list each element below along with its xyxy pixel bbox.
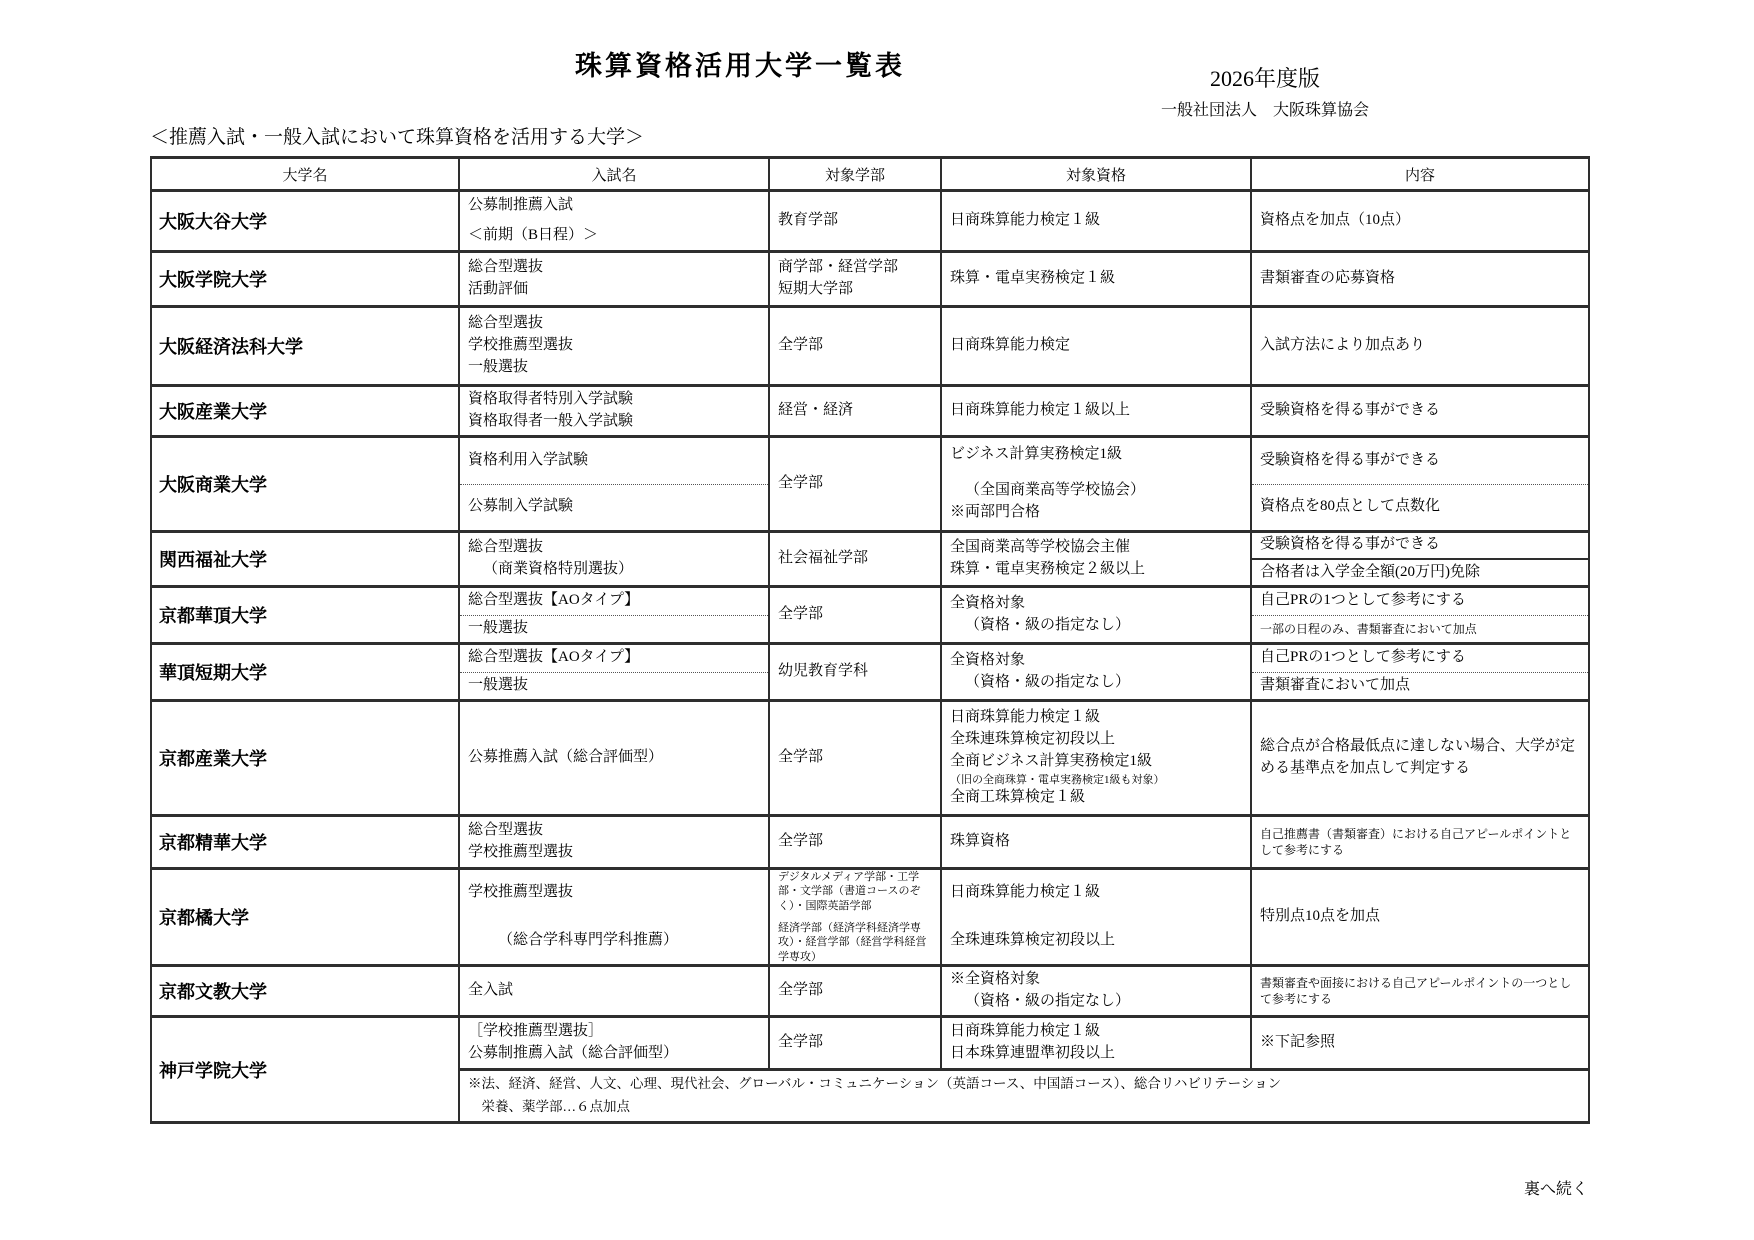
text-line: 受験資格を得る事ができる xyxy=(1260,400,1580,422)
exam-name-cell: 資格利用入学試験公募制入学試験 xyxy=(459,437,769,532)
qualification-cell: ビジネス計算実務検定1級（全国商業高等学校協会）※両部門合格 xyxy=(941,437,1251,532)
text-line: 全資格対象 xyxy=(950,650,1242,672)
content-cell: 特別点10点を加点 xyxy=(1251,869,1589,966)
cell-segment: 全入試 xyxy=(460,967,768,1015)
content-cell: 総合点が合格最低点に達しない場合、大学が定める基準点を加点して判定する xyxy=(1251,701,1589,816)
text-line: 公募制推薦入試 xyxy=(468,195,760,217)
university-table-wrap: 大学名 入試名 対象学部 対象資格 内容 大阪大谷大学公募制推薦入試＜前期（B日… xyxy=(150,156,1590,1124)
table-row: 関西福祉大学総合型選抜（商業資格特別選抜）社会福祉学部全国商業高等学校協会主催珠… xyxy=(151,532,1589,587)
faculty-cell: 全学部 xyxy=(769,1017,941,1070)
qualification-cell: ※全資格対象（資格・級の指定なし） xyxy=(941,966,1251,1017)
cell-segment: 総合型選抜学校推薦型選抜 xyxy=(460,817,768,867)
cell-segment: 公募制推薦入試＜前期（B日程）＞ xyxy=(460,192,768,250)
text-line: 学校推薦型選抜 xyxy=(468,335,760,357)
text-line: ※法、経済、経営、人文、心理、現代社会、グローバル・コミュニケーション（英語コー… xyxy=(468,1073,1580,1096)
section-subtitle: ＜推薦入試・一般入試において珠算資格を活用する大学＞ xyxy=(150,122,644,149)
table-row: 京都産業大学公募推薦入試（総合評価型）全学部日商珠算能力検定１級全珠連珠算検定初… xyxy=(151,701,1589,816)
qualification-cell: 日商珠算能力検定１級全珠連珠算検定初段以上全商ビジネス計算実務検定1級（旧の全商… xyxy=(941,701,1251,816)
text-line: 受験資格を得る事ができる xyxy=(1260,450,1580,472)
cell-segment: 社会福祉学部 xyxy=(770,533,940,585)
col-header-faculty: 対象学部 xyxy=(769,158,941,191)
text-line: （旧の全商珠算・電卓実務検定1級も対象） xyxy=(950,773,1242,787)
content-cell: 自己PRの1つとして参考にする書類審査において加点 xyxy=(1251,644,1589,701)
table-header-row: 大学名 入試名 対象学部 対象資格 内容 xyxy=(151,158,1589,191)
text-line: 珠算・電卓実務検定１級 xyxy=(950,268,1242,290)
qualification-cell: 全国商業高等学校協会主催珠算・電卓実務検定２級以上 xyxy=(941,532,1251,587)
cell-segment: 全学部 xyxy=(770,308,940,384)
text-line: （資格・級の指定なし） xyxy=(950,672,1242,694)
cell-segment: 全学部 xyxy=(770,817,940,867)
table-row: 神戸学院大学［学校推薦型選抜］公募制推薦入試（総合評価型）全学部日商珠算能力検定… xyxy=(151,1017,1589,1070)
text-line: 総合型選抜 xyxy=(468,313,760,335)
text-line: 活動評価 xyxy=(468,279,760,301)
exam-name-cell: 総合型選抜学校推薦型選抜一般選抜 xyxy=(459,307,769,386)
cell-segment: 書類審査において加点 xyxy=(1252,672,1588,700)
cell-segment: 全学部 xyxy=(770,702,940,814)
text-line: 教育学部 xyxy=(778,210,932,232)
cell-segment: 自己PRの1つとして参考にする xyxy=(1252,588,1588,615)
university-name: 大阪商業大学 xyxy=(151,437,459,532)
text-line: ※全資格対象 xyxy=(950,969,1242,991)
faculty-cell: 全学部 xyxy=(769,816,941,869)
exam-name-cell: 総合型選抜活動評価 xyxy=(459,252,769,307)
cell-segment: 日商珠算能力検定 xyxy=(942,308,1250,384)
continuation-note: 裏へ続く xyxy=(1380,1176,1588,1199)
cell-segment: 日商珠算能力検定１級日本珠算連盟準初段以上 xyxy=(942,1018,1250,1068)
qualification-cell: 日商珠算能力検定１級 xyxy=(941,191,1251,252)
university-name: 大阪産業大学 xyxy=(151,386,459,437)
university-name: 華頂短期大学 xyxy=(151,644,459,701)
text-line: 経済学部（経済学科経済学専攻）・経営学部（経営学科経営学専攻） xyxy=(778,921,932,964)
university-name: 関西福祉大学 xyxy=(151,532,459,587)
text-line: 総合型選抜 xyxy=(468,257,760,279)
text-line: 自己推薦書（書類審査）における自己アピールポイントとして参考にする xyxy=(1260,826,1580,858)
qualification-cell: 日商珠算能力検定１級全珠連珠算検定初段以上 xyxy=(941,869,1251,966)
note-cell: ※法、経済、経営、人文、心理、現代社会、グローバル・コミュニケーション（英語コー… xyxy=(459,1070,1589,1123)
content-cell: 受験資格を得る事ができる資格点を80点として点数化 xyxy=(1251,437,1589,532)
cell-segment: ※下記参照 xyxy=(1252,1018,1588,1068)
content-cell: 書類審査や面接における自己アピールポイントの一つとして参考にする xyxy=(1251,966,1589,1017)
cell-segment: 一般選抜 xyxy=(460,615,768,643)
text-line: ビジネス計算実務検定1級 xyxy=(950,444,1242,466)
cell-segment: デジタルメディア学部・工学部・文学部（書道コースのぞく）・国際英語学部経済学部（… xyxy=(770,868,940,966)
text-line: 日商珠算能力検定１級 xyxy=(950,1021,1242,1043)
text-line: 公募制推薦入試（総合評価型） xyxy=(468,1043,760,1065)
text-line: 経営・経済 xyxy=(778,400,932,422)
organization-label: 一般社団法人 大阪珠算協会 xyxy=(1100,97,1430,120)
cell-segment: 全資格対象（資格・級の指定なし） xyxy=(942,588,1250,642)
cell-segment: 書類審査や面接における自己アピールポイントの一つとして参考にする xyxy=(1252,967,1588,1015)
text-line: （資格・級の指定なし） xyxy=(950,615,1242,637)
text-line: （総合学科専門学科推薦） xyxy=(468,930,760,952)
text-line: 全学部 xyxy=(778,747,932,769)
cell-segment: 総合型選抜活動評価 xyxy=(460,253,768,305)
table-row: 大阪産業大学資格取得者特別入学試験資格取得者一般入学試験経営・経済日商珠算能力検… xyxy=(151,386,1589,437)
cell-segment: 自己PRの1つとして参考にする xyxy=(1252,645,1588,672)
cell-segment: 資格利用入学試験 xyxy=(460,438,768,484)
university-table: 大学名 入試名 対象学部 対象資格 内容 大阪大谷大学公募制推薦入試＜前期（B日… xyxy=(150,156,1590,1124)
exam-name-cell: 公募制推薦入試＜前期（B日程）＞ xyxy=(459,191,769,252)
text-line: 日商珠算能力検定 xyxy=(950,335,1242,357)
faculty-cell: 全学部 xyxy=(769,966,941,1017)
exam-name-cell: 総合型選抜学校推薦型選抜 xyxy=(459,816,769,869)
text-line: ［学校推薦型選抜］ xyxy=(468,1021,760,1043)
table-row: 京都橘大学学校推薦型選抜（総合学科専門学科推薦）デジタルメディア学部・工学部・文… xyxy=(151,869,1589,966)
cell-segment: 全学部 xyxy=(770,967,940,1015)
text-line: 全学部 xyxy=(778,473,932,495)
text-line: 日商珠算能力検定１級 xyxy=(950,882,1242,904)
content-cell: ※下記参照 xyxy=(1251,1017,1589,1070)
text-line: 珠算資格 xyxy=(950,831,1242,853)
text-line: 全商ビジネス計算実務検定1級 xyxy=(950,751,1242,773)
table-row: 京都文教大学全入試全学部※全資格対象（資格・級の指定なし）書類審査や面接における… xyxy=(151,966,1589,1017)
text-line: 資格点を80点として点数化 xyxy=(1260,496,1580,518)
university-name: 神戸学院大学 xyxy=(151,1017,459,1123)
text-line: 総合型選抜 xyxy=(468,537,760,559)
faculty-cell: 全学部 xyxy=(769,701,941,816)
text-line: 自己PRの1つとして参考にする xyxy=(1260,647,1580,669)
cell-segment: 書類審査の応募資格 xyxy=(1252,253,1588,305)
cell-segment: 合格者は入学金全額(20万円)免除 xyxy=(1252,558,1588,586)
exam-name-cell: 総合型選抜（商業資格特別選抜） xyxy=(459,532,769,587)
content-cell: 書類審査の応募資格 xyxy=(1251,252,1589,307)
cell-segment: 入試方法により加点あり xyxy=(1252,308,1588,384)
col-header-qualification: 対象資格 xyxy=(941,158,1251,191)
cell-segment: 学校推薦型選抜（総合学科専門学科推薦） xyxy=(460,870,768,964)
text-line: 受験資格を得る事ができる xyxy=(1260,534,1580,556)
cell-segment: 日商珠算能力検定１級 xyxy=(942,192,1250,250)
faculty-cell: 全学部 xyxy=(769,307,941,386)
text-line: 特別点10点を加点 xyxy=(1260,906,1580,928)
text-line: ※下記参照 xyxy=(1260,1032,1580,1054)
exam-name-cell: 学校推薦型選抜（総合学科専門学科推薦） xyxy=(459,869,769,966)
text-line: （資格・級の指定なし） xyxy=(950,991,1242,1013)
edition-block: 2026年度版 一般社団法人 大阪珠算協会 xyxy=(1100,62,1430,120)
cell-segment: 総合型選抜（商業資格特別選抜） xyxy=(460,533,768,585)
university-name: 京都産業大学 xyxy=(151,701,459,816)
university-name: 京都橘大学 xyxy=(151,869,459,966)
text-line: 全入試 xyxy=(468,980,760,1002)
text-line: 合格者は入学金全額(20万円)免除 xyxy=(1260,562,1580,584)
text-line: 全国商業高等学校協会主催 xyxy=(950,537,1242,559)
university-name: 京都華頂大学 xyxy=(151,587,459,644)
cell-segment: 資格点を80点として点数化 xyxy=(1252,484,1588,531)
cell-segment: 珠算・電卓実務検定１級 xyxy=(942,253,1250,305)
text-line: デジタルメディア学部・工学部・文学部（書道コースのぞく）・国際英語学部 xyxy=(778,870,932,913)
university-name: 大阪経済法科大学 xyxy=(151,307,459,386)
text-line: 総合型選抜 xyxy=(468,820,760,842)
text-line: 一部の日程のみ、書類審査において加点 xyxy=(1260,621,1580,637)
exam-name-cell: 全入試 xyxy=(459,966,769,1017)
text-line: 書類審査や面接における自己アピールポイントの一つとして参考にする xyxy=(1260,975,1580,1007)
page-title: 珠算資格活用大学一覧表 xyxy=(430,44,1050,83)
qualification-cell: 日商珠算能力検定 xyxy=(941,307,1251,386)
cell-segment: 資格取得者特別入学試験資格取得者一般入学試験 xyxy=(460,387,768,435)
table-row: 大阪商業大学資格利用入学試験公募制入学試験全学部ビジネス計算実務検定1級（全国商… xyxy=(151,437,1589,532)
qualification-cell: 日商珠算能力検定１級以上 xyxy=(941,386,1251,437)
cell-segment: 全国商業高等学校協会主催珠算・電卓実務検定２級以上 xyxy=(942,533,1250,585)
cell-segment: ※全資格対象（資格・級の指定なし） xyxy=(942,967,1250,1015)
cell-segment: 一般選抜 xyxy=(460,672,768,700)
text-line: 全資格対象 xyxy=(950,593,1242,615)
cell-segment: 総合型選抜学校推薦型選抜一般選抜 xyxy=(460,308,768,384)
text-line: 公募推薦入試（総合評価型） xyxy=(468,747,760,769)
text-line: 資格取得者一般入学試験 xyxy=(468,411,760,433)
qualification-cell: 珠算資格 xyxy=(941,816,1251,869)
text-line: 総合型選抜【AOタイプ】 xyxy=(468,590,760,612)
university-name: 大阪大谷大学 xyxy=(151,191,459,252)
table-row: 大阪学院大学総合型選抜活動評価商学部・経営学部短期大学部珠算・電卓実務検定１級書… xyxy=(151,252,1589,307)
faculty-cell: 経営・経済 xyxy=(769,386,941,437)
qualification-cell: 全資格対象（資格・級の指定なし） xyxy=(941,644,1251,701)
cell-segment: 公募推薦入試（総合評価型） xyxy=(460,702,768,814)
text-line: （全国商業高等学校協会） xyxy=(950,480,1242,502)
content-cell: 入試方法により加点あり xyxy=(1251,307,1589,386)
text-line: 日商珠算能力検定１級 xyxy=(950,210,1242,232)
cell-segment: 教育学部 xyxy=(770,192,940,250)
text-line: 日本珠算連盟準初段以上 xyxy=(950,1043,1242,1065)
text-line: 資格点を加点（10点） xyxy=(1260,210,1580,232)
cell-segment: 公募制入学試験 xyxy=(460,484,768,531)
cell-segment: 商学部・経営学部短期大学部 xyxy=(770,253,940,305)
cell-segment: 受験資格を得る事ができる xyxy=(1252,438,1588,484)
cell-segment: 全学部 xyxy=(770,1018,940,1068)
col-header-university: 大学名 xyxy=(151,158,459,191)
text-line: 入試方法により加点あり xyxy=(1260,335,1580,357)
faculty-cell: 全学部 xyxy=(769,437,941,532)
content-cell: 自己推薦書（書類審査）における自己アピールポイントとして参考にする xyxy=(1251,816,1589,869)
text-line: 自己PRの1つとして参考にする xyxy=(1260,590,1580,612)
cell-segment: 資格点を加点（10点） xyxy=(1252,192,1588,250)
cell-segment: 自己推薦書（書類審査）における自己アピールポイントとして参考にする xyxy=(1252,817,1588,867)
text-line: 全学部 xyxy=(778,831,932,853)
cell-segment: 受験資格を得る事ができる xyxy=(1252,387,1588,435)
cell-segment: 総合点が合格最低点に達しない場合、大学が定める基準点を加点して判定する xyxy=(1252,702,1588,814)
text-line: 全学部 xyxy=(778,1032,932,1054)
exam-name-cell: 資格取得者特別入学試験資格取得者一般入学試験 xyxy=(459,386,769,437)
text-line: 珠算・電卓実務検定２級以上 xyxy=(950,559,1242,581)
cell-segment: 全資格対象（資格・級の指定なし） xyxy=(942,645,1250,699)
cell-segment: ビジネス計算実務検定1級（全国商業高等学校協会）※両部門合格 xyxy=(942,438,1250,530)
faculty-cell: デジタルメディア学部・工学部・文学部（書道コースのぞく）・国際英語学部経済学部（… xyxy=(769,869,941,966)
text-line: 幼児教育学科 xyxy=(778,661,932,683)
qualification-cell: 全資格対象（資格・級の指定なし） xyxy=(941,587,1251,644)
table-row: 京都精華大学総合型選抜学校推薦型選抜全学部珠算資格自己推薦書（書類審査）における… xyxy=(151,816,1589,869)
text-line: 社会福祉学部 xyxy=(778,548,932,570)
table-row: 華頂短期大学総合型選抜【AOタイプ】一般選抜幼児教育学科全資格対象（資格・級の指… xyxy=(151,644,1589,701)
text-line: 学校推薦型選抜 xyxy=(468,842,760,864)
university-name: 大阪学院大学 xyxy=(151,252,459,307)
qualification-cell: 日商珠算能力検定１級日本珠算連盟準初段以上 xyxy=(941,1017,1251,1070)
text-line: 一般選抜 xyxy=(468,618,760,640)
text-line: 全学部 xyxy=(778,335,932,357)
faculty-cell: 教育学部 xyxy=(769,191,941,252)
text-line: 総合型選抜【AOタイプ】 xyxy=(468,647,760,669)
col-header-content: 内容 xyxy=(1251,158,1589,191)
col-header-exam: 入試名 xyxy=(459,158,769,191)
text-line: 総合点が合格最低点に達しない場合、大学が定める基準点を加点して判定する xyxy=(1260,736,1580,780)
cell-segment: 日商珠算能力検定１級以上 xyxy=(942,387,1250,435)
cell-segment: 総合型選抜【AOタイプ】 xyxy=(460,645,768,672)
edition-label: 2026年度版 xyxy=(1100,62,1430,93)
text-line: 日商珠算能力検定１級以上 xyxy=(950,400,1242,422)
cell-segment: 受験資格を得る事ができる xyxy=(1252,532,1588,558)
cell-segment: 経営・経済 xyxy=(770,387,940,435)
faculty-cell: 社会福祉学部 xyxy=(769,532,941,587)
content-cell: 自己PRの1つとして参考にする一部の日程のみ、書類審査において加点 xyxy=(1251,587,1589,644)
cell-segment: 特別点10点を加点 xyxy=(1252,870,1588,964)
text-line: 資格取得者特別入学試験 xyxy=(468,389,760,411)
exam-name-cell: 総合型選抜【AOタイプ】一般選抜 xyxy=(459,587,769,644)
cell-segment: 総合型選抜【AOタイプ】 xyxy=(460,588,768,615)
cell-segment: 全学部 xyxy=(770,588,940,642)
content-cell: 受験資格を得る事ができる合格者は入学金全額(20万円)免除 xyxy=(1251,532,1589,587)
text-line: ＜前期（B日程）＞ xyxy=(468,225,760,247)
exam-name-cell: 公募推薦入試（総合評価型） xyxy=(459,701,769,816)
faculty-cell: 全学部 xyxy=(769,587,941,644)
text-line: 栄養、薬学部…６点加点 xyxy=(468,1096,1580,1119)
content-cell: 受験資格を得る事ができる xyxy=(1251,386,1589,437)
faculty-cell: 幼児教育学科 xyxy=(769,644,941,701)
text-line: 全珠連珠算検定初段以上 xyxy=(950,930,1242,952)
text-line: 全商工珠算検定１級 xyxy=(950,787,1242,809)
text-line: 書類審査において加点 xyxy=(1260,675,1580,697)
cell-segment: 珠算資格 xyxy=(942,817,1250,867)
text-line: 商学部・経営学部 xyxy=(778,257,932,279)
university-name: 京都精華大学 xyxy=(151,816,459,869)
text-line: 書類審査の応募資格 xyxy=(1260,268,1580,290)
cell-segment: 一部の日程のみ、書類審査において加点 xyxy=(1252,615,1588,643)
content-cell: 資格点を加点（10点） xyxy=(1251,191,1589,252)
cell-segment: 全学部 xyxy=(770,438,940,530)
cell-segment: ［学校推薦型選抜］公募制推薦入試（総合評価型） xyxy=(460,1018,768,1068)
page: 珠算資格活用大学一覧表 2026年度版 一般社団法人 大阪珠算協会 ＜推薦入試・… xyxy=(0,0,1754,1240)
exam-name-cell: 総合型選抜【AOタイプ】一般選抜 xyxy=(459,644,769,701)
text-line: 全珠連珠算検定初段以上 xyxy=(950,729,1242,751)
text-line: 短期大学部 xyxy=(778,279,932,301)
cell-segment: 日商珠算能力検定１級全珠連珠算検定初段以上全商ビジネス計算実務検定1級（旧の全商… xyxy=(942,702,1250,814)
table-body: 大阪大谷大学公募制推薦入試＜前期（B日程）＞教育学部日商珠算能力検定１級資格点を… xyxy=(151,191,1589,1123)
text-line: 全学部 xyxy=(778,980,932,1002)
table-row: 京都華頂大学総合型選抜【AOタイプ】一般選抜全学部全資格対象（資格・級の指定なし… xyxy=(151,587,1589,644)
text-line: 日商珠算能力検定１級 xyxy=(950,707,1242,729)
text-line: 全学部 xyxy=(778,604,932,626)
table-row: 大阪大谷大学公募制推薦入試＜前期（B日程）＞教育学部日商珠算能力検定１級資格点を… xyxy=(151,191,1589,252)
exam-name-cell: ［学校推薦型選抜］公募制推薦入試（総合評価型） xyxy=(459,1017,769,1070)
text-line: 公募制入学試験 xyxy=(468,496,760,518)
text-line: 資格利用入学試験 xyxy=(468,450,760,472)
text-line: ※両部門合格 xyxy=(950,502,1242,524)
text-line: （商業資格特別選抜） xyxy=(468,559,760,581)
cell-segment: 日商珠算能力検定１級全珠連珠算検定初段以上 xyxy=(942,870,1250,964)
text-line: 学校推薦型選抜 xyxy=(468,882,760,904)
faculty-cell: 商学部・経営学部短期大学部 xyxy=(769,252,941,307)
text-line: 一般選抜 xyxy=(468,357,760,379)
university-name: 京都文教大学 xyxy=(151,966,459,1017)
table-row: 大阪経済法科大学総合型選抜学校推薦型選抜一般選抜全学部日商珠算能力検定入試方法に… xyxy=(151,307,1589,386)
qualification-cell: 珠算・電卓実務検定１級 xyxy=(941,252,1251,307)
cell-segment: 幼児教育学科 xyxy=(770,645,940,699)
text-line: 一般選抜 xyxy=(468,675,760,697)
